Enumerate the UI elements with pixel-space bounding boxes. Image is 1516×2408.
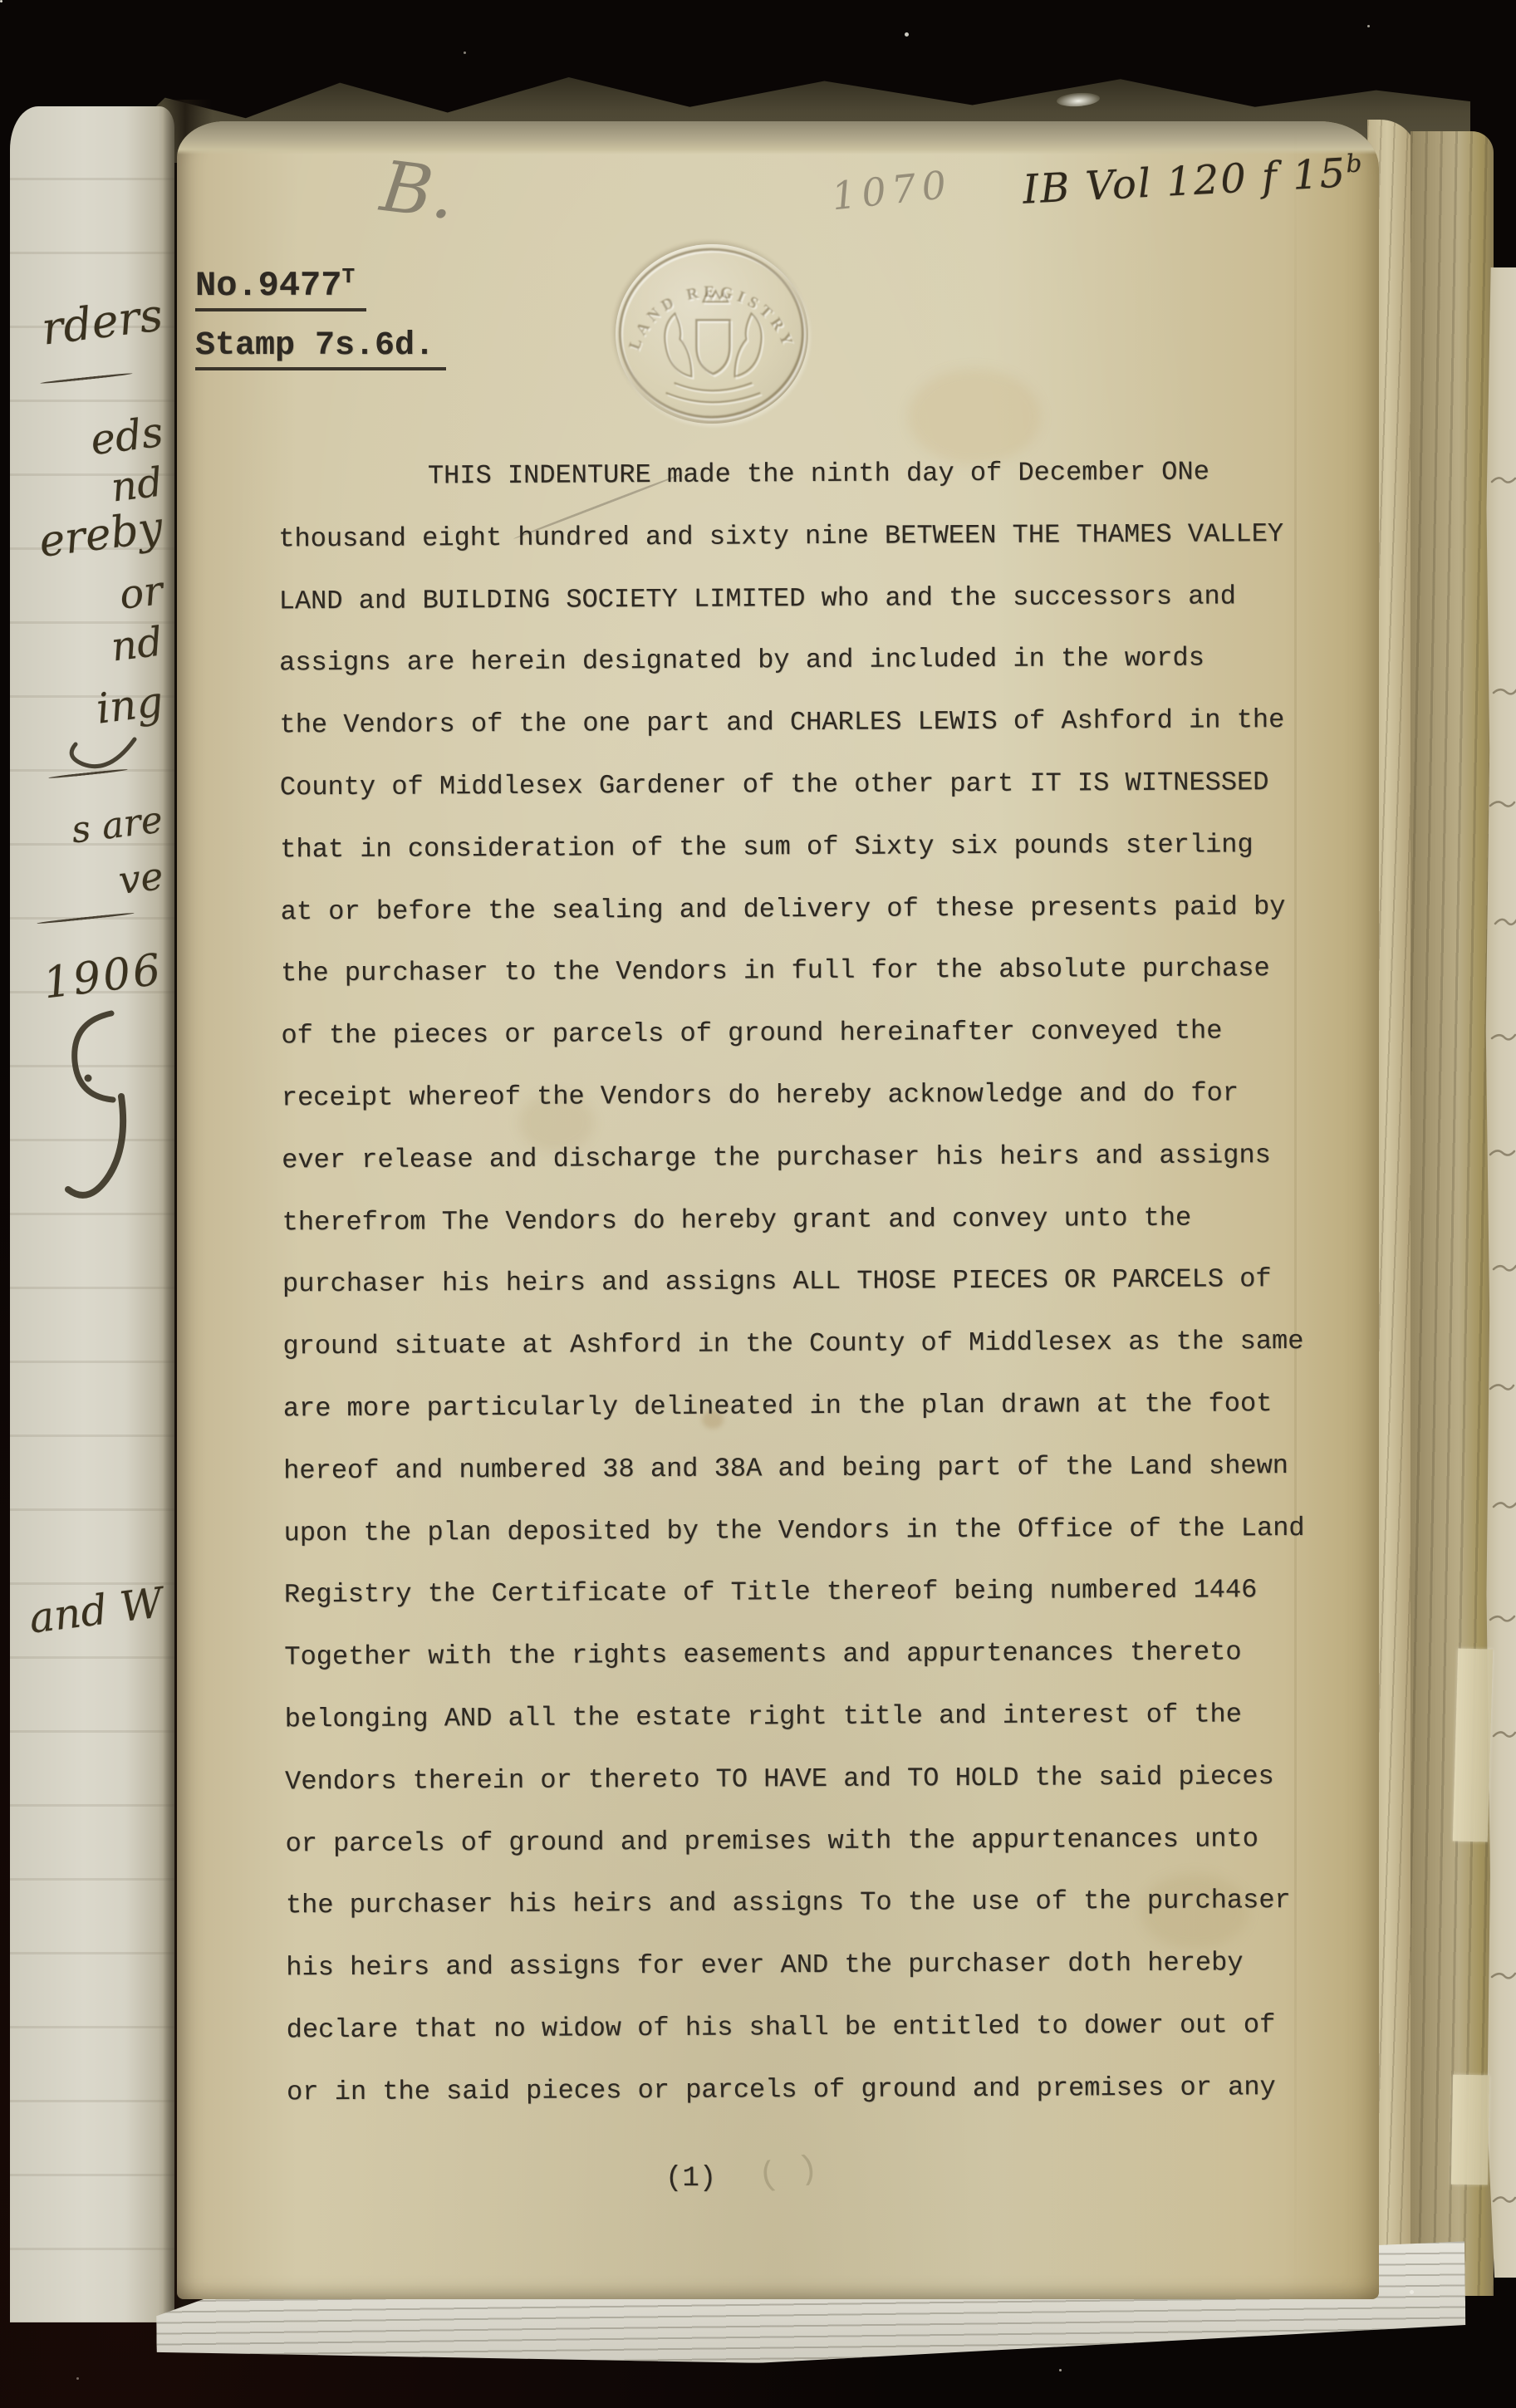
body-line: receipt whereof the Vendors do hereby ac… — [282, 1062, 1361, 1130]
previous-page-edge: rders eds nd ereby or nd ing s are ve 19… — [10, 106, 174, 2322]
pencil-annotation-number: 1070 — [830, 162, 954, 219]
handwriting-fragment: rders — [39, 288, 165, 355]
page-number: (1) — [665, 2163, 716, 2195]
body-line: his heirs and assigns for ever AND the p… — [286, 1932, 1366, 2000]
body-line: or parcels of ground and premises with t… — [285, 1807, 1365, 1876]
page-edge-stack-outer — [1411, 131, 1494, 2296]
body-line: thousand eight hundred and sixty nine BE… — [278, 503, 1358, 571]
body-line: or in the said pieces or parcels of grou… — [287, 2056, 1366, 2124]
stamp-duty-text: Stamp 7s.6d. — [195, 327, 446, 370]
body-line: Together with the rights easements and a… — [284, 1621, 1364, 1690]
indenture-body-text: THIS INDENTURE made the ninth day of Dec… — [278, 441, 1367, 2124]
handwriting-fragment: eds — [88, 408, 166, 464]
ink-reference-text: IB Vol 120 f 15 — [1022, 150, 1348, 213]
body-line: of the pieces or parcels of ground herei… — [281, 1000, 1361, 1068]
body-line: Registry the Certificate of Title thereo… — [284, 1559, 1364, 1627]
body-line: ever release and discharge the purchaser… — [282, 1124, 1361, 1192]
body-line: purchaser his heirs and assigns ALL THOS… — [282, 1248, 1362, 1317]
handwriting-fragment: or — [117, 567, 165, 619]
body-line: Vendors therein or thereto TO HAVE and T… — [285, 1745, 1365, 1813]
handwriting-fragment: ereby — [37, 503, 165, 567]
ink-reference-annotation: IB Vol 120 f 15b — [1022, 149, 1366, 213]
repair-tape — [1451, 2075, 1489, 2185]
reference-number-superscript: T — [341, 264, 355, 289]
faint-handwriting-squiggles — [1485, 267, 1516, 2278]
stamp-duty-line: Stamp 7s.6d. — [195, 327, 446, 370]
handwriting-rule — [40, 372, 133, 385]
pencil-annotation-letter: B. — [376, 145, 459, 235]
body-line: at or before the sealing and delivery of… — [280, 875, 1360, 944]
seal-text: LAND REGISTRY — [626, 283, 797, 352]
body-line: that in consideration of the sum of Sixt… — [280, 813, 1360, 881]
body-line: the purchaser to the Vendors in full for… — [281, 938, 1361, 1006]
next-page-sliver — [1485, 267, 1516, 2278]
body-line: the Vendors of the one part and CHARLES … — [279, 689, 1359, 758]
deed-document-page: B. 1070 IB Vol 120 f 15b No.9477T Stamp … — [177, 121, 1379, 2299]
ink-reference-superscript: b — [1346, 149, 1365, 179]
body-line: hereof and numbered 38 and 38A and being… — [283, 1435, 1363, 1503]
body-line: assigns are herein designated by and inc… — [279, 627, 1359, 695]
handwriting-fragment: nd — [109, 618, 165, 670]
reference-number-text: No.9477 — [195, 266, 341, 306]
seal-coat-of-arms-icon: LAND REGISTRY LAND REGISTRY — [616, 244, 808, 424]
body-line: County of Middlesex Gardener of the othe… — [280, 752, 1360, 820]
body-line: declare that no widow of his shall be en… — [287, 1994, 1366, 2062]
reference-number: No.9477T — [195, 264, 366, 311]
embossed-seal: LAND REGISTRY LAND REGISTRY — [616, 244, 808, 424]
dust-specks — [0, 0, 2, 2]
repair-tape — [1453, 1648, 1493, 1842]
body-line: are more particularly delineated in the … — [283, 1373, 1363, 1441]
body-line: belonging AND all the estate right title… — [285, 1684, 1365, 1752]
body-line: LAND and BUILDING SOCIETY LIMITED who an… — [279, 565, 1359, 633]
ghost-page-number-impression: ( ) — [756, 2151, 821, 2197]
body-line: THIS INDENTURE made the ninth day of Dec… — [278, 441, 1358, 509]
body-line: therefrom The Vendors do hereby grant an… — [282, 1186, 1361, 1254]
body-line: ground situate at Ashford in the County … — [282, 1311, 1362, 1379]
handwriting-flourishes — [10, 688, 174, 1269]
body-line: upon the plan deposited by the Vendors i… — [283, 1497, 1363, 1565]
page-top-rim — [177, 121, 1379, 154]
photographed-deed-book: rders eds nd ereby or nd ing s are ve 19… — [0, 0, 1516, 2408]
handwriting-fragment: and W — [27, 1578, 165, 1642]
body-line: the purchaser his heirs and assigns To t… — [286, 1870, 1366, 1938]
